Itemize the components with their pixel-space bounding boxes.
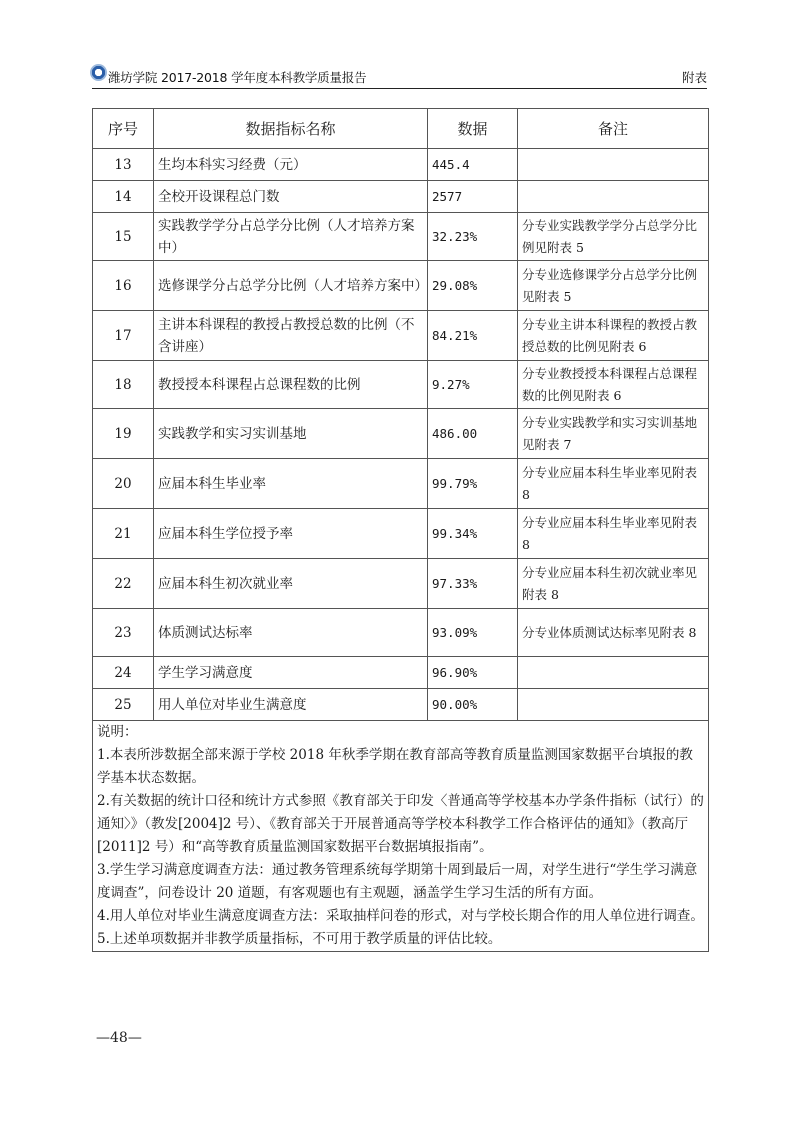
- row-number: 14: [93, 181, 154, 213]
- table-row: 15 实践教学学分占总学分比例（人才培养方案中） 32.23% 分专业实践教学学…: [93, 213, 709, 261]
- indicator-name: 体质测试达标率: [154, 609, 428, 657]
- indicator-name: 全校开设课程总门数: [154, 181, 428, 213]
- table-row: 22 应届本科生初次就业率 97.33% 分专业应届本科生初次就业率见附表 8: [93, 559, 709, 609]
- table-row: 19 实践教学和实习实训基地 486.00 分专业实践教学和实习实训基地见附表 …: [93, 409, 709, 459]
- report-title: 潍坊学院 2017-2018 学年度本科教学质量报告: [108, 68, 366, 86]
- page-header: 潍坊学院 2017-2018 学年度本科教学质量报告 附表: [92, 64, 707, 89]
- column-header-value: 数据: [428, 109, 518, 149]
- table-row: 18 教授授本科课程占总课程数的比例 9.27% 分专业教授授本科课程占总课程数…: [93, 361, 709, 409]
- indicator-value: 84.21%: [428, 311, 518, 361]
- table-row: 21 应届本科生学位授予率 99.34% 分专业应届本科生毕业率见附表 8: [93, 509, 709, 559]
- table-header-row: 序号 数据指标名称 数据 备注: [93, 109, 709, 149]
- note-item-1: 1.本表所涉数据全部来源于学校 2018 年秋季学期在教育部高等教育质量监测国家…: [97, 744, 704, 790]
- indicator-note: 分专业应届本科生初次就业率见附表 8: [518, 559, 709, 609]
- notes-cell: 说明： 1.本表所涉数据全部来源于学校 2018 年秋季学期在教育部高等教育质量…: [93, 721, 709, 952]
- indicator-value: 97.33%: [428, 559, 518, 609]
- row-number: 16: [93, 261, 154, 311]
- page-number: —48—: [96, 1030, 142, 1046]
- row-number: 25: [93, 689, 154, 721]
- table-row: 14 全校开设课程总门数 2577: [93, 181, 709, 213]
- indicator-note: 分专业应届本科生毕业率见附表 8: [518, 459, 709, 509]
- table-row: 17 主讲本科课程的教授占教授总数的比例（不含讲座） 84.21% 分专业主讲本…: [93, 311, 709, 361]
- table-row: 25 用人单位对毕业生满意度 90.00%: [93, 689, 709, 721]
- indicator-name: 应届本科生毕业率: [154, 459, 428, 509]
- indicator-name: 教授授本科课程占总课程数的比例: [154, 361, 428, 409]
- table-row: 16 选修课学分占总学分比例（人才培养方案中） 29.08% 分专业选修课学分占…: [93, 261, 709, 311]
- row-number: 17: [93, 311, 154, 361]
- note-item-2: 2.有关数据的统计口径和统计方式参照《教育部关于印发〈普通高等学校基本办学条件指…: [97, 790, 704, 859]
- indicator-value: 93.09%: [428, 609, 518, 657]
- indicator-value: 96.90%: [428, 657, 518, 689]
- indicator-note: [518, 149, 709, 181]
- indicator-table: 序号 数据指标名称 数据 备注 13 生均本科实习经费（元） 445.4 14 …: [92, 108, 709, 952]
- indicator-name: 实践教学学分占总学分比例（人才培养方案中）: [154, 213, 428, 261]
- note-item-5: 5.上述单项数据并非教学质量指标，不可用于教学质量的评估比较。: [97, 928, 704, 951]
- indicator-value: 99.34%: [428, 509, 518, 559]
- row-number: 19: [93, 409, 154, 459]
- row-number: 21: [93, 509, 154, 559]
- indicator-name: 生均本科实习经费（元）: [154, 149, 428, 181]
- indicator-value: 90.00%: [428, 689, 518, 721]
- row-number: 23: [93, 609, 154, 657]
- indicator-value: 99.79%: [428, 459, 518, 509]
- university-logo-icon: [90, 64, 107, 81]
- indicator-note: 分专业教授授本科课程占总课程数的比例见附表 6: [518, 361, 709, 409]
- note-item-4: 4.用人单位对毕业生满意度调查方法：采取抽样问卷的形式，对与学校长期合作的用人单…: [97, 905, 704, 928]
- table-row: 23 体质测试达标率 93.09% 分专业体质测试达标率见附表 8: [93, 609, 709, 657]
- indicator-note: 分专业应届本科生毕业率见附表 8: [518, 509, 709, 559]
- column-header-no: 序号: [93, 109, 154, 149]
- indicator-note: 分专业实践教学和实习实训基地见附表 7: [518, 409, 709, 459]
- table-row: 20 应届本科生毕业率 99.79% 分专业应届本科生毕业率见附表 8: [93, 459, 709, 509]
- indicator-value: 445.4: [428, 149, 518, 181]
- indicator-value: 29.08%: [428, 261, 518, 311]
- row-number: 15: [93, 213, 154, 261]
- note-item-3: 3.学生学习满意度调查方法：通过教务管理系统每学期第十周到最后一周，对学生进行“…: [97, 859, 704, 905]
- table-row: 13 生均本科实习经费（元） 445.4: [93, 149, 709, 181]
- indicator-name: 用人单位对毕业生满意度: [154, 689, 428, 721]
- column-header-note: 备注: [518, 109, 709, 149]
- row-number: 20: [93, 459, 154, 509]
- indicator-value: 486.00: [428, 409, 518, 459]
- column-header-name: 数据指标名称: [154, 109, 428, 149]
- row-number: 24: [93, 657, 154, 689]
- indicator-value: 9.27%: [428, 361, 518, 409]
- row-number: 22: [93, 559, 154, 609]
- section-label: 附表: [682, 68, 707, 86]
- indicator-note: [518, 657, 709, 689]
- indicator-note: [518, 689, 709, 721]
- indicator-name: 实践教学和实习实训基地: [154, 409, 428, 459]
- notes-title: 说明：: [97, 721, 704, 744]
- indicator-note: 分专业选修课学分占总学分比例见附表 5: [518, 261, 709, 311]
- indicator-note: 分专业体质测试达标率见附表 8: [518, 609, 709, 657]
- indicator-name: 应届本科生学位授予率: [154, 509, 428, 559]
- table-row: 24 学生学习满意度 96.90%: [93, 657, 709, 689]
- indicator-name: 应届本科生初次就业率: [154, 559, 428, 609]
- indicator-name: 学生学习满意度: [154, 657, 428, 689]
- indicator-note: 分专业主讲本科课程的教授占教授总数的比例见附表 6: [518, 311, 709, 361]
- indicator-name: 选修课学分占总学分比例（人才培养方案中）: [154, 261, 428, 311]
- indicator-value: 32.23%: [428, 213, 518, 261]
- row-number: 13: [93, 149, 154, 181]
- notes-row: 说明： 1.本表所涉数据全部来源于学校 2018 年秋季学期在教育部高等教育质量…: [93, 721, 709, 952]
- indicator-value: 2577: [428, 181, 518, 213]
- indicator-name: 主讲本科课程的教授占教授总数的比例（不含讲座）: [154, 311, 428, 361]
- indicator-note: 分专业实践教学学分占总学分比例见附表 5: [518, 213, 709, 261]
- row-number: 18: [93, 361, 154, 409]
- indicator-note: [518, 181, 709, 213]
